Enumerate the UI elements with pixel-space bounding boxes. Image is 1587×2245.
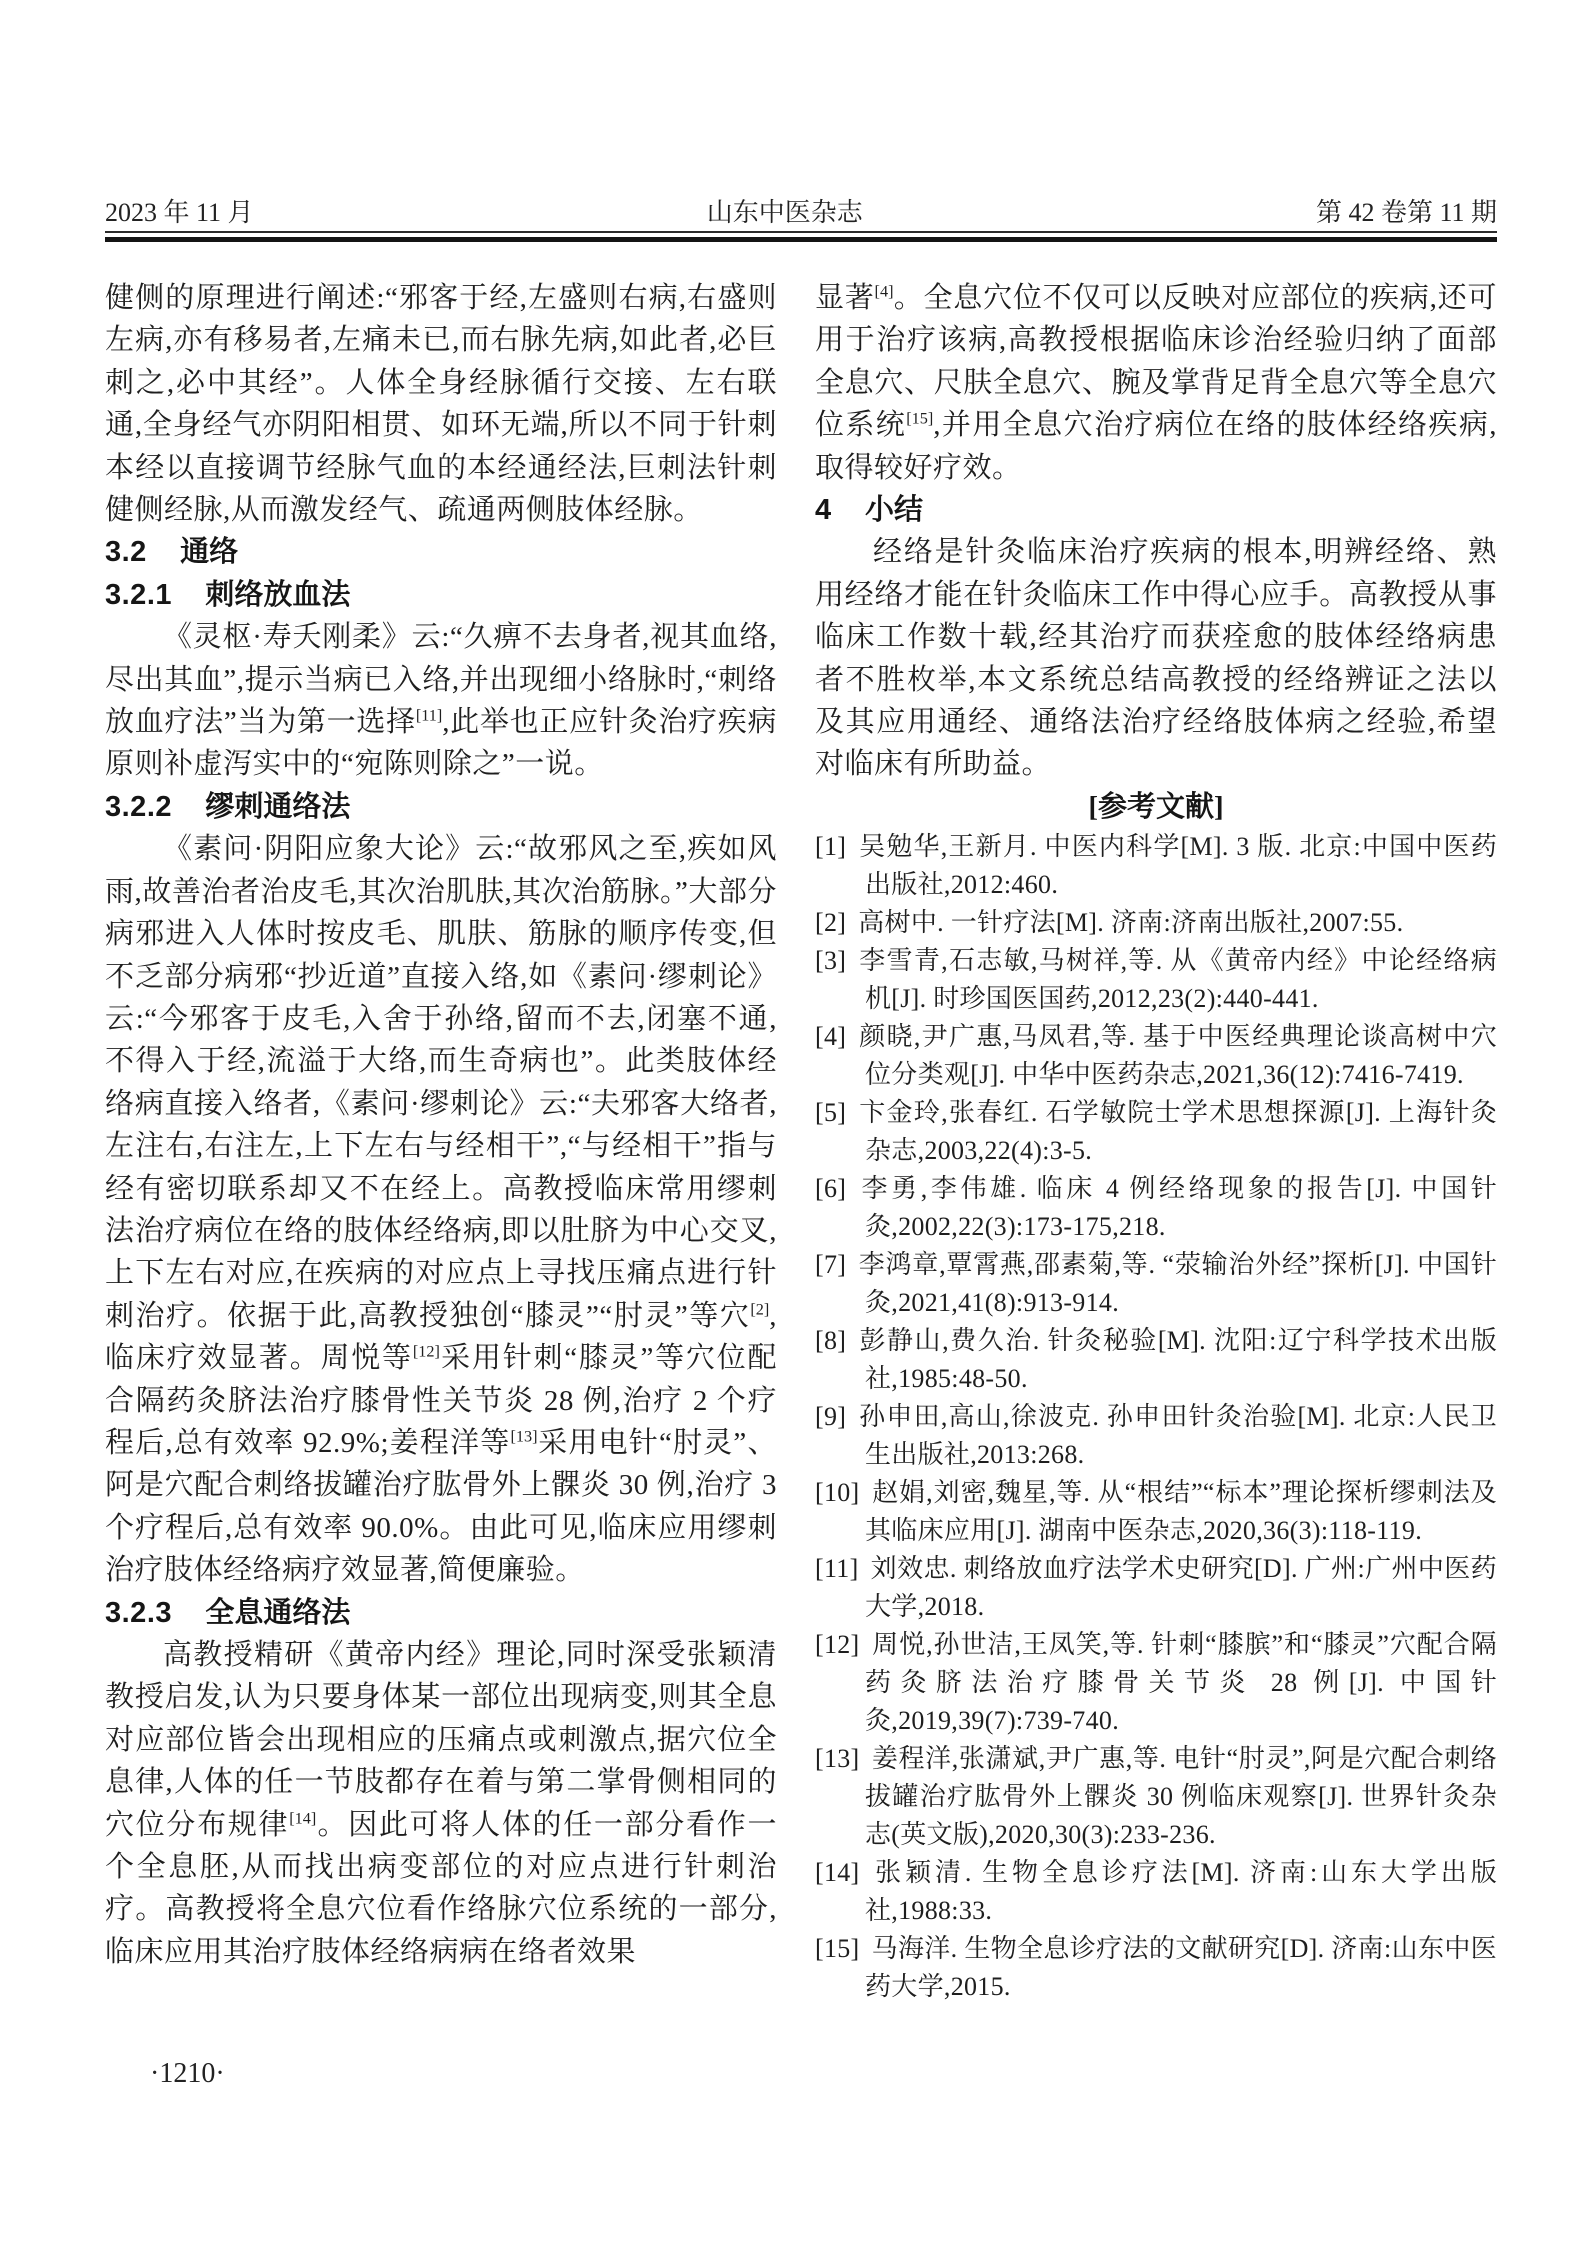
body-paragraph: 《灵枢·寿夭刚柔》云:“久痹不去身者,视其血络,尽出其血”,提示当病已入络,并出… [105, 616, 777, 786]
section-title: 全息通络法 [205, 1597, 350, 1629]
reference-text: 李雪青,石志敏,马树祥,等. 从《黄帝内经》中论经络病机[J]. 时珍国医国药,… [858, 946, 1497, 1013]
reference-number: [7] [815, 1250, 846, 1279]
references-list: [1]吴勉华,王新月. 中医内科学[M]. 3 版. 北京:中国中医药出版社,2… [815, 828, 1497, 2006]
reference-text: 高树中. 一针疗法[M]. 济南:济南出版社,2007:55. [858, 908, 1403, 937]
reference-number: [8] [815, 1326, 846, 1355]
reference-item: [7]李鸿章,覃霄燕,邵素菊,等. “荥输治外经”探析[J]. 中国针灸,202… [815, 1246, 1497, 1322]
reference-number: [13] [815, 1744, 860, 1773]
reference-number: [14] [815, 1858, 860, 1887]
reference-item: [9]孙申田,高山,徐波克. 孙申田针灸治验[M]. 北京:人民卫生出版社,20… [815, 1398, 1497, 1474]
section-heading: 3.2.2缪刺通络法 [105, 786, 777, 828]
reference-number: [5] [815, 1098, 846, 1127]
section-title: 缪刺通络法 [205, 791, 350, 823]
citation-superscript: [12] [413, 1343, 440, 1361]
header-rule-thin [105, 231, 1497, 233]
section-number: 3.2.2 [105, 791, 172, 823]
reference-number: [9] [815, 1402, 846, 1431]
citation-superscript: [15] [906, 410, 933, 428]
citation-superscript: [14] [289, 1809, 316, 1827]
reference-text: 李勇,李伟雄. 临床 4 例经络现象的报告[J]. 中国针灸,2002,22(3… [858, 1174, 1497, 1241]
page-number: ·1210· [150, 2058, 225, 2090]
section-heading: 3.2通络 [105, 531, 777, 573]
citation-superscript: [2] [750, 1300, 769, 1318]
reference-text: 赵娟,刘密,魏星,等. 从“根结”“标本”理论探析缪刺法及其临床应用[J]. 湖… [865, 1478, 1497, 1545]
section-title: 刺络放血法 [205, 579, 350, 611]
reference-item: [14]张颖清. 生物全息诊疗法[M]. 济南:山东大学出版社,1988:33. [815, 1854, 1497, 1930]
page-header: 2023 年 11 月 山东中医杂志 第 42 卷第 11 期 [105, 198, 1497, 228]
reference-text: 马海洋. 生物全息诊疗法的文献研究[D]. 济南:山东中医药大学,2015. [865, 1934, 1497, 2001]
section-number: 3.2.1 [105, 579, 172, 611]
reference-text: 卞金玲,张春红. 石学敏院士学术思想探源[J]. 上海针灸杂志,2003,22(… [858, 1098, 1497, 1165]
reference-item: [2]高树中. 一针疗法[M]. 济南:济南出版社,2007:55. [815, 904, 1497, 942]
reference-item: [4]颜晓,尹广惠,马凤君,等. 基于中医经典理论谈高树中穴位分类观[J]. 中… [815, 1018, 1497, 1094]
section-heading: 4小结 [815, 489, 1497, 531]
right-column-body: 显著[4]。全息穴位不仅可以反映对应部位的疾病,还可用于治疗该病,高教授根据临床… [815, 277, 1497, 828]
reference-text: 颜晓,尹广惠,马凤君,等. 基于中医经典理论谈高树中穴位分类观[J]. 中华中医… [858, 1022, 1497, 1089]
body-paragraph: 《素问·阴阳应象大论》云:“故邪风之至,疾如风雨,故善治者治皮毛,其次治肌肤,其… [105, 828, 777, 1591]
right-column: 显著[4]。全息穴位不仅可以反映对应部位的疾病,还可用于治疗该病,高教授根据临床… [815, 277, 1497, 2006]
reference-item: [10]赵娟,刘密,魏星,等. 从“根结”“标本”理论探析缪刺法及其临床应用[J… [815, 1474, 1497, 1550]
journal-page: 2023 年 11 月 山东中医杂志 第 42 卷第 11 期 健侧的原理进行阐… [0, 0, 1587, 2245]
reference-number: [4] [815, 1022, 846, 1051]
reference-text: 彭静山,费久治. 针灸秘验[M]. 沈阳:辽宁科学技术出版社,1985:48-5… [858, 1326, 1497, 1393]
reference-item: [1]吴勉华,王新月. 中医内科学[M]. 3 版. 北京:中国中医药出版社,2… [815, 828, 1497, 904]
section-title: 通络 [180, 536, 238, 568]
reference-item: [12]周悦,孙世洁,王凤笑,等. 针刺“膝膑”和“膝灵”穴配合隔药灸脐法治疗膝… [815, 1626, 1497, 1740]
reference-number: [10] [815, 1478, 860, 1507]
reference-item: [3]李雪青,石志敏,马树祥,等. 从《黄帝内经》中论经络病机[J]. 时珍国医… [815, 942, 1497, 1018]
reference-text: 姜程洋,张潇斌,尹广惠,等. 电针“肘灵”,阿是穴配合刺络拔罐治疗肱骨外上髁炎 … [865, 1744, 1497, 1849]
section-title: 小结 [865, 494, 923, 526]
reference-text: 孙申田,高山,徐波克. 孙申田针灸治验[M]. 北京:人民卫生出版社,2013:… [858, 1402, 1497, 1469]
reference-number: [2] [815, 908, 846, 937]
reference-number: [1] [815, 832, 846, 861]
reference-text: 吴勉华,王新月. 中医内科学[M]. 3 版. 北京:中国中医药出版社,2012… [858, 832, 1497, 899]
reference-number: [11] [815, 1554, 859, 1583]
citation-superscript: [11] [416, 706, 442, 724]
section-heading: 3.2.1刺络放血法 [105, 574, 777, 616]
section-number: 3.2.3 [105, 1597, 172, 1629]
reference-number: [12] [815, 1630, 860, 1659]
reference-item: [5]卞金玲,张春红. 石学敏院士学术思想探源[J]. 上海针灸杂志,2003,… [815, 1094, 1497, 1170]
header-issue: 第 42 卷第 11 期 [1316, 198, 1497, 228]
reference-number: [3] [815, 946, 846, 975]
reference-text: 李鸿章,覃霄燕,邵素菊,等. “荥输治外经”探析[J]. 中国针灸,2021,4… [858, 1250, 1497, 1317]
reference-item: [8]彭静山,费久治. 针灸秘验[M]. 沈阳:辽宁科学技术出版社,1985:4… [815, 1322, 1497, 1398]
header-date: 2023 年 11 月 [105, 198, 254, 228]
body-paragraph: 经络是针灸临床治疗疾病的根本,明辨经络、熟用经络才能在针灸临床工作中得心应手。高… [815, 531, 1497, 785]
section-heading: 3.2.3全息通络法 [105, 1592, 777, 1634]
reference-text: 刘效忠. 刺络放血疗法学术史研究[D]. 广州:广州中医药大学,2018. [865, 1554, 1497, 1621]
body-paragraph: 显著[4]。全息穴位不仅可以反映对应部位的疾病,还可用于治疗该病,高教授根据临床… [815, 277, 1497, 489]
left-column: 健侧的原理进行阐述:“邪客于经,左盛则右病,右盛则左病,亦有移易者,左痛未已,而… [105, 277, 777, 1973]
body-paragraph: 健侧的原理进行阐述:“邪客于经,左盛则右病,右盛则左病,亦有移易者,左痛未已,而… [105, 277, 777, 531]
reference-item: [13]姜程洋,张潇斌,尹广惠,等. 电针“肘灵”,阿是穴配合刺络拔罐治疗肱骨外… [815, 1740, 1497, 1854]
citation-superscript: [13] [510, 1427, 537, 1445]
citation-superscript: [4] [875, 282, 894, 300]
reference-number: [15] [815, 1934, 860, 1963]
body-paragraph: 高教授精研《黄帝内经》理论,同时深受张颖清教授启发,认为只要身体某一部位出现病变… [105, 1634, 777, 1973]
references-heading: [参考文献] [815, 786, 1497, 828]
section-number: 3.2 [105, 536, 147, 568]
header-rule-thick [105, 237, 1497, 242]
reference-text: 张颖清. 生物全息诊疗法[M]. 济南:山东大学出版社,1988:33. [865, 1858, 1497, 1925]
reference-number: [6] [815, 1174, 846, 1203]
reference-item: [6]李勇,李伟雄. 临床 4 例经络现象的报告[J]. 中国针灸,2002,2… [815, 1170, 1497, 1246]
reference-item: [15]马海洋. 生物全息诊疗法的文献研究[D]. 济南:山东中医药大学,201… [815, 1930, 1497, 2006]
section-number: 4 [815, 494, 832, 526]
reference-item: [11]刘效忠. 刺络放血疗法学术史研究[D]. 广州:广州中医药大学,2018… [815, 1550, 1497, 1626]
header-journal-title: 山东中医杂志 [707, 198, 863, 228]
reference-text: 周悦,孙世洁,王凤笑,等. 针刺“膝膑”和“膝灵”穴配合隔药灸脐法治疗膝骨关节炎… [865, 1630, 1497, 1735]
